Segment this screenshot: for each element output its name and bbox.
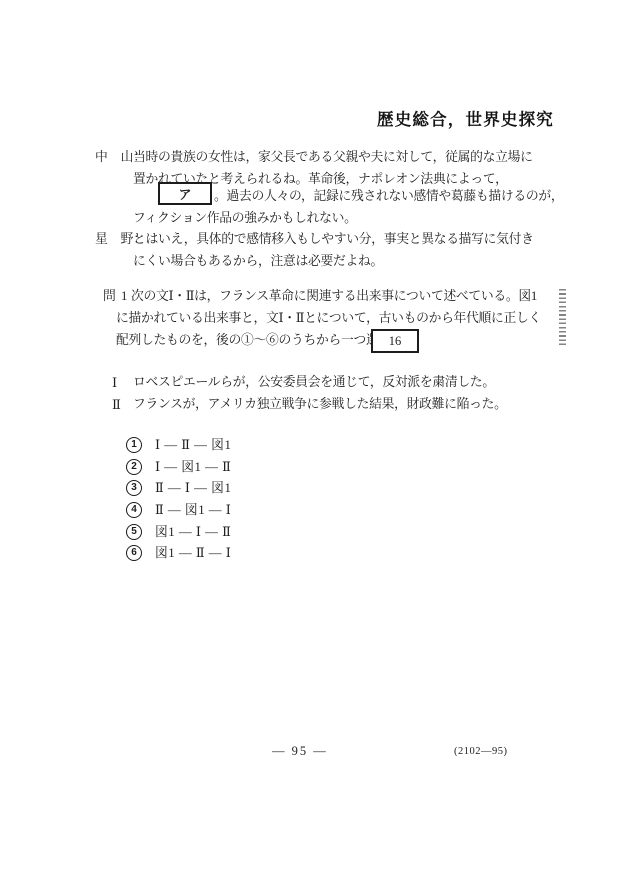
- blank-box-label: ア: [178, 184, 191, 203]
- circled-number-2: 2: [126, 459, 142, 475]
- question-label: 問 1: [103, 290, 128, 303]
- exam-page: 歴史総合，世界史探究 中 山： 当時の貴族の女性は，家父長である父親や夫に対して…: [0, 0, 620, 876]
- question-line: に描かれている出来事と，文Ⅰ・Ⅱとについて，古いものから年代順に正しく: [116, 312, 541, 325]
- option-sequence-1: Ⅰ ― Ⅱ ― 図1: [155, 439, 231, 452]
- answer-number: 16: [389, 334, 402, 349]
- statement-text: フランスが，アメリカ独立戦争に参戦した結果，財政難に陥った。: [133, 398, 507, 411]
- option-sequence-5: 図1 ― Ⅰ ― Ⅱ: [155, 526, 231, 539]
- question-line: 次の文Ⅰ・Ⅱは，フランス革命に関連する出来事について述べている。図1: [131, 290, 537, 303]
- dialogue-line: フィクション作品の強みかもしれない。: [133, 212, 357, 225]
- dialogue-line: 当時の貴族の女性は，家父長である父親や夫に対して，従属的な立場に: [133, 151, 533, 164]
- edge-marginal-text: [559, 289, 566, 346]
- dialogue-line: 。過去の人々の，記録に残されない感情や葛藤も描けるのが，: [214, 190, 563, 203]
- option-sequence-2: Ⅰ ― 図1 ― Ⅱ: [155, 461, 231, 474]
- circled-number-6: 6: [126, 545, 142, 561]
- statement-numeral: Ⅱ: [112, 398, 121, 411]
- page-number: — 95 —: [272, 744, 328, 759]
- dialogue-line: にくい場合もあるから，注意は必要だよね。: [133, 255, 383, 268]
- circled-number-1: 1: [126, 437, 142, 453]
- option-sequence-3: Ⅱ ― Ⅰ ― 図1: [155, 482, 231, 495]
- statement-text: ロベスピエールらが，公安委員会を通じて，反対派を粛清した。: [133, 376, 495, 389]
- circled-number-3: 3: [126, 480, 142, 496]
- circled-number-4: 4: [126, 502, 142, 518]
- blank-box-a: ア: [158, 182, 212, 205]
- option-sequence-6: 図1 ― Ⅱ ― Ⅰ: [155, 547, 231, 560]
- dialogue-line: とはいえ，具体的で感情移入もしやすい分，事実と異なる描写に気付き: [133, 233, 534, 246]
- print-code: (2102—95): [454, 746, 508, 757]
- question-line: 配列したものを，後の①～⑥のうちから一つ選べ。: [116, 334, 403, 347]
- option-sequence-4: Ⅱ ― 図1 ― Ⅰ: [155, 504, 231, 517]
- exam-title: 歴史総合，世界史探究: [377, 106, 554, 130]
- answer-number-box: 16: [371, 329, 419, 353]
- statement-numeral: Ⅰ: [112, 376, 117, 389]
- circled-number-5: 5: [126, 524, 142, 540]
